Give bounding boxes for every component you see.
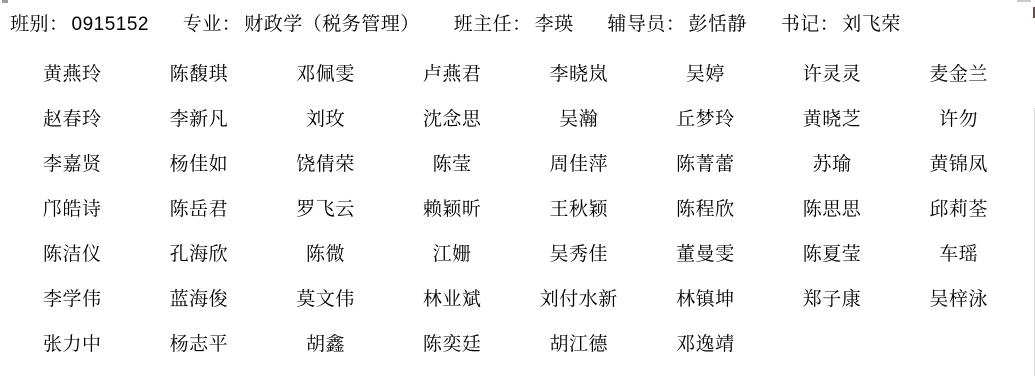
student-name: 罗飞云: [262, 194, 389, 221]
student-name: 赖颖昕: [389, 194, 516, 221]
student-name: 黄锦凤: [895, 149, 1022, 176]
roster-row: 李学伟 蓝海俊 莫文伟 林业斌 刘付水新 林镇坤 郑子康 吴梓泳: [9, 275, 1022, 320]
roster-row: 赵春玲 李新凡 刘玫 沈念思 吴瀚 丘梦玲 黄晓芝 许勿: [9, 95, 1022, 140]
header-field-head-teacher: 班主任：李瑛: [454, 14, 574, 35]
student-name: 陈馥琪: [136, 59, 263, 86]
student-name: 邝皓诗: [9, 194, 136, 221]
student-name: 刘付水新: [516, 284, 643, 311]
student-name: 麦金兰: [895, 59, 1022, 86]
student-name: 蓝海俊: [136, 284, 263, 311]
header-field-major: 专业：财政学（税务管理）: [183, 14, 420, 35]
student-name: 陈程欣: [642, 194, 769, 221]
header-field-counselor: 辅导员：彭恬静: [607, 14, 747, 35]
student-name: 许灵灵: [769, 59, 896, 86]
student-name: 张力中: [9, 329, 136, 356]
student-name: 陈岳君: [136, 194, 263, 221]
student-name: 黄燕玲: [9, 59, 136, 86]
roster-row: 张力中 杨志平 胡鑫 陈奕廷 胡江德 邓逸靖: [9, 320, 1022, 365]
student-name: 陈奕廷: [389, 329, 516, 356]
major-value: 财政学（税务管理）: [244, 14, 420, 35]
student-name: 胡江德: [516, 329, 643, 356]
student-name: 黄晓芝: [769, 104, 896, 131]
top-right-edge-artifact: [1017, 0, 1031, 2]
roster-grid: 黄燕玲 陈馥琪 邓佩雯 卢燕君 李晓岚 吴婷 许灵灵 麦金兰 赵春玲 李新凡 刘…: [9, 50, 1022, 365]
student-name: 丘梦玲: [642, 104, 769, 131]
header-field-secretary: 书记：刘飞荣: [781, 14, 901, 35]
student-name: 沈念思: [389, 104, 516, 131]
student-name: 吴婷: [642, 59, 769, 86]
student-name: 苏瑜: [769, 149, 896, 176]
student-name: 周佳萍: [516, 149, 643, 176]
major-label: 专业：: [183, 14, 242, 35]
student-name: 胡鑫: [262, 329, 389, 356]
student-name: 饶倩荣: [262, 149, 389, 176]
student-name: 李新凡: [136, 104, 263, 131]
roster-row: 邝皓诗 陈岳君 罗飞云 赖颖昕 王秋颖 陈程欣 陈思思 邱莉荃: [9, 185, 1022, 230]
student-name: 江姗: [389, 239, 516, 266]
student-name: 董曼雯: [642, 239, 769, 266]
head-teacher-value: 李瑛: [535, 14, 574, 35]
secretary-label: 书记：: [781, 14, 840, 35]
counselor-value: 彭恬静: [688, 14, 747, 35]
class-id-label: 班别：: [10, 14, 69, 35]
student-name: 陈微: [262, 239, 389, 266]
student-name: 卢燕君: [389, 59, 516, 86]
student-name: 车瑶: [895, 239, 1022, 266]
counselor-label: 辅导员：: [607, 14, 685, 35]
roster-row: 李嘉贤 杨佳如 饶倩荣 陈莹 周佳萍 陈菁蕾 苏瑜 黄锦凤: [9, 140, 1022, 185]
student-name: 李晓岚: [516, 59, 643, 86]
student-name: 莫文伟: [262, 284, 389, 311]
student-name: 李嘉贤: [9, 149, 136, 176]
student-name: 李学伟: [9, 284, 136, 311]
student-name: 王秋颖: [516, 194, 643, 221]
class-id-value: 0915152: [72, 14, 149, 35]
student-name: 陈思思: [769, 194, 896, 221]
student-name: 陈莹: [389, 149, 516, 176]
student-name: 赵春玲: [9, 104, 136, 131]
student-name: 吴梓泳: [895, 284, 1022, 311]
student-name: 杨佳如: [136, 149, 263, 176]
top-left-edge-artifact: [2, 0, 8, 3]
student-name: 吴瀚: [516, 104, 643, 131]
student-name: 孔海欣: [136, 239, 263, 266]
class-roster-page: 班别：0915152 专业：财政学（税务管理） 班主任：李瑛 辅导员：彭恬静 书…: [0, 0, 1035, 376]
student-name: 杨志平: [136, 329, 263, 356]
student-name: 吴秀佳: [516, 239, 643, 266]
student-name: 邱莉荃: [895, 194, 1022, 221]
student-name: 许勿: [895, 104, 1022, 131]
student-name: 邓佩雯: [262, 59, 389, 86]
roster-row: 陈洁仪 孔海欣 陈微 江姗 吴秀佳 董曼雯 陈夏莹 车瑶: [9, 230, 1022, 275]
student-name: 邓逸靖: [642, 329, 769, 356]
header-field-class-id: 班别：0915152: [10, 14, 149, 35]
student-name: 陈洁仪: [9, 239, 136, 266]
student-name: 林业斌: [389, 284, 516, 311]
student-name: 刘玫: [262, 104, 389, 131]
student-name: 陈夏莹: [769, 239, 896, 266]
student-name: 林镇坤: [642, 284, 769, 311]
roster-row: 黄燕玲 陈馥琪 邓佩雯 卢燕君 李晓岚 吴婷 许灵灵 麦金兰: [9, 50, 1022, 95]
student-name: 陈菁蕾: [642, 149, 769, 176]
student-name: 郑子康: [769, 284, 896, 311]
head-teacher-label: 班主任：: [454, 14, 532, 35]
class-info-header: 班别：0915152 专业：财政学（税务管理） 班主任：李瑛 辅导员：彭恬静 书…: [0, 0, 1035, 37]
secretary-value: 刘飞荣: [842, 14, 901, 35]
